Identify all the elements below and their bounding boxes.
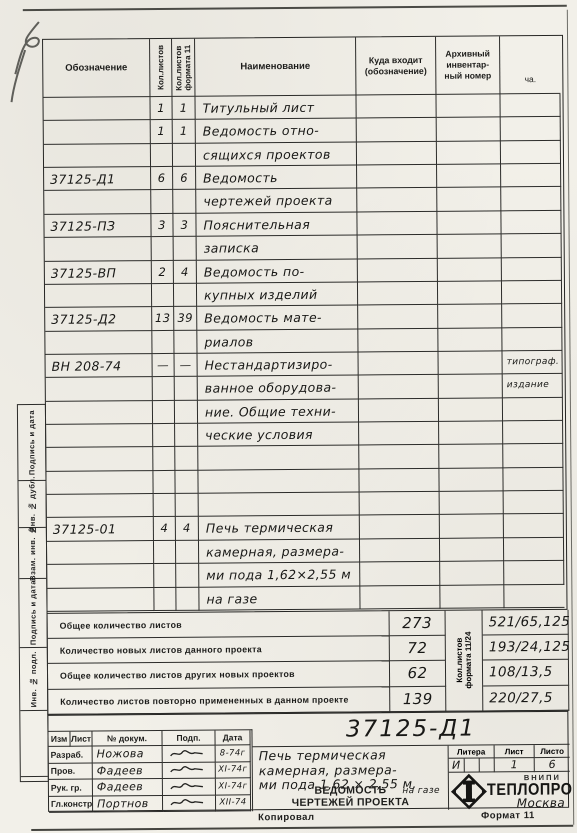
litera-value-row: И 1 6 xyxy=(449,758,570,773)
title-block: 37125-Д1 ИзмЛист№ докум.Подп.ДатаРазраб.… xyxy=(47,711,569,812)
register-row-archive xyxy=(439,398,503,422)
register-row-archive xyxy=(439,445,503,469)
register-row-included xyxy=(356,95,436,119)
register-row-sheets xyxy=(153,424,175,448)
register-row-note xyxy=(503,421,563,445)
register-row-sheets: — xyxy=(153,354,175,378)
register-row-designation xyxy=(47,494,154,518)
register-row-name: Ведомость отно- xyxy=(196,119,357,144)
register-row-included xyxy=(358,328,438,352)
sign-row-role: Пров. xyxy=(49,763,93,780)
register-row-sheets xyxy=(154,494,176,518)
register-row-name: купных изделий xyxy=(197,282,358,307)
register-row-sheets: 6 xyxy=(151,167,173,191)
register-row-included xyxy=(358,258,438,282)
organization-logo: ВНИПИ ТЕПЛОПРО Москва xyxy=(449,772,570,810)
summary-rotated-label: Кол.листов формата 11/24 xyxy=(446,610,484,711)
register-row-archive xyxy=(440,561,504,585)
listov-header: Листо xyxy=(535,745,570,758)
stamp-col-header: Дата xyxy=(215,730,250,745)
table-body: 11Титульный лист11Ведомость отно-сящихся… xyxy=(43,94,566,612)
title-block-title-cell: Печь термическая камерная, размера- ми п… xyxy=(253,746,449,812)
register-row-sheets-f11: 6 xyxy=(173,167,196,191)
register-row-included xyxy=(357,188,437,212)
register-row-sheets-f11 xyxy=(174,284,197,308)
register-row-archive xyxy=(440,538,504,562)
register-row-designation: 37125-Д1 xyxy=(44,167,151,191)
title-block-designation: 37125-Д1 xyxy=(252,712,569,747)
register-row-name: Нестандартизиро- xyxy=(198,352,359,377)
register-row-note xyxy=(504,538,564,562)
register-row-sheets-f11: 1 xyxy=(172,97,195,121)
register-row-note xyxy=(503,444,563,468)
header-designation: Обозначение xyxy=(43,39,150,98)
register-row-note xyxy=(503,398,563,422)
summary-row-fraction: 108/13,5 xyxy=(483,660,569,686)
register-row-sheets: 1 xyxy=(151,120,173,144)
register-row-archive xyxy=(440,515,504,539)
sign-row-signature xyxy=(163,762,216,779)
register-row-designation xyxy=(45,284,152,308)
register-row-archive xyxy=(438,281,502,305)
register-row-included xyxy=(359,445,439,469)
register-row-included xyxy=(360,562,440,586)
sign-row-name: Ножова xyxy=(93,746,163,763)
signature-icon xyxy=(169,780,209,792)
summary-row-fraction: 521/65,125 xyxy=(483,610,569,636)
register-row-sheets xyxy=(154,541,176,565)
register-row-sheets-f11 xyxy=(176,564,199,588)
litera-header-row: Литера Лист Листо xyxy=(449,745,570,759)
org-name-big: ТЕПЛОПРО xyxy=(487,781,569,800)
register-row-sheets: 2 xyxy=(152,260,174,284)
margin-cell: Инв. № подл. xyxy=(20,648,47,711)
signature-icon xyxy=(169,764,209,776)
summary-row-fraction: 220/27,5 xyxy=(483,685,569,711)
register-row-sheets-f11 xyxy=(174,330,197,354)
summary-row-count: 273 xyxy=(390,611,446,637)
stamp-col-header: Подп. xyxy=(162,731,215,746)
sign-row-date: XII-74 xyxy=(216,795,251,812)
register-row-note: типограф. xyxy=(502,351,562,375)
stamp-col-header: Лист xyxy=(70,732,92,747)
register-row-archive xyxy=(438,258,502,282)
summary-row-count: 62 xyxy=(390,661,446,687)
register-row-name xyxy=(198,469,359,494)
register-row-name: риалов xyxy=(197,329,358,354)
register-row-sheets xyxy=(153,401,175,425)
register-row-sheets xyxy=(153,377,175,401)
register-row-included xyxy=(358,282,438,306)
litera-header: Литера xyxy=(449,745,495,758)
signature-icon xyxy=(169,747,209,759)
register-row-sheets-f11 xyxy=(176,587,199,611)
register-row-designation xyxy=(45,237,152,261)
register-row-sheets-f11 xyxy=(175,377,198,401)
format-label: Формат 11 xyxy=(481,810,535,821)
register-row-included xyxy=(359,375,439,399)
list-header: Лист xyxy=(495,745,535,758)
margin-label: Инв. № дубл. xyxy=(27,476,36,532)
register-row-included xyxy=(358,305,438,329)
margin-label: Подпись и дата xyxy=(27,410,37,475)
register-row-sheets-f11 xyxy=(176,494,199,518)
summary-row-fraction: 193/24,125 xyxy=(483,635,569,661)
register-row-sheets xyxy=(153,471,175,495)
header-sheet-count: Кол.листов xyxy=(150,39,172,97)
title-block-signatures: ИзмЛист№ докум.Подп.ДатаРазраб.Ножова8-7… xyxy=(48,729,253,813)
register-row-designation xyxy=(43,97,150,121)
signature-icon xyxy=(169,797,209,809)
register-row-note xyxy=(501,164,561,188)
register-row-note xyxy=(501,211,561,235)
register-row-archive xyxy=(437,188,501,212)
summary-row-label: Общее количество листов других новых про… xyxy=(48,662,390,690)
title-block-right: Литера Лист Листо И 1 6 xyxy=(449,745,570,810)
register-row-sheets-f11: 39 xyxy=(174,307,197,331)
header-sheet-count-f11-label: Кол.листов формата 11 xyxy=(174,44,192,90)
register-row-sheets: 3 xyxy=(151,214,173,238)
summary-rotated-text: Кол.листов формата 11/24 xyxy=(455,632,473,689)
register-row-archive xyxy=(438,351,502,375)
header-sheet-count-f11: Кол.листов формата 11 xyxy=(172,39,195,97)
sign-row-name: Фадеев xyxy=(93,779,163,796)
register-row-name: Ведомость xyxy=(196,166,357,191)
register-row-sheets xyxy=(151,190,173,214)
register-row-archive xyxy=(438,234,502,258)
register-row-name: Ведомость мате- xyxy=(197,306,358,331)
register-row-designation: 37125-Д2 xyxy=(45,307,152,331)
register-row-designation xyxy=(44,191,151,215)
register-row-sheets-f11: 4 xyxy=(176,517,199,541)
register-row-name: ванное оборудова- xyxy=(198,376,359,401)
margin-label: Взам. инв. № xyxy=(28,525,37,581)
register-row-included xyxy=(360,515,440,539)
register-row-note xyxy=(502,327,562,351)
sign-row-role: Разраб. xyxy=(49,747,93,764)
register-row-archive xyxy=(438,305,502,329)
register-row-name: Печь термическая xyxy=(199,516,360,541)
register-row-sheets-f11 xyxy=(175,400,198,424)
register-row-sheets-f11 xyxy=(174,237,197,261)
register-row-sheets xyxy=(152,330,174,354)
register-row-note xyxy=(501,117,561,141)
register-row-note xyxy=(500,94,560,118)
register-row-note xyxy=(503,468,563,492)
register-row-included xyxy=(357,118,437,142)
register-row-sheets: 4 xyxy=(154,517,176,541)
header-archive-number: Архивный инвентар- ный номер xyxy=(436,36,500,95)
register-row-designation: 37125-ПЗ xyxy=(44,214,151,238)
register-row-included xyxy=(359,422,439,446)
register-row-sheets xyxy=(154,564,176,588)
register-row-archive xyxy=(438,328,502,352)
register-row-sheets xyxy=(151,144,173,168)
register-row-designation xyxy=(46,447,153,471)
register-row-designation: 37125-ВП xyxy=(45,261,152,285)
register-row-designation xyxy=(47,588,154,612)
scan-area: Обозначение Кол.листов Кол.листов формат… xyxy=(0,0,577,833)
register-row-included xyxy=(359,398,439,422)
stamp-col-header: Изм xyxy=(48,732,70,747)
register-row-archive xyxy=(439,468,503,492)
register-row-designation xyxy=(47,541,154,565)
sign-row-date: XI-74г xyxy=(216,762,251,779)
register-row-sheets-f11 xyxy=(175,424,198,448)
litera-value: И xyxy=(449,759,465,773)
register-row-designation xyxy=(46,471,153,495)
summary-row-count: 139 xyxy=(390,686,446,712)
summary-row-count: 72 xyxy=(390,636,446,662)
register-row-included xyxy=(358,352,438,376)
register-row-sheets: 1 xyxy=(150,97,172,121)
register-row-designation xyxy=(45,331,152,355)
sign-row-date: 8-74г xyxy=(216,745,251,762)
register-row-archive xyxy=(437,118,501,142)
register-row-sheets-f11: 4 xyxy=(174,260,197,284)
sign-row-date: XI-74г xyxy=(216,778,251,795)
register-row-name: сящихся проектов xyxy=(196,142,357,167)
litera-empty-2 xyxy=(480,758,495,772)
register-row-archive xyxy=(439,421,503,445)
document-register-table: Обозначение Кол.листов Кол.листов формат… xyxy=(42,35,567,614)
sign-row-name: Портнов xyxy=(93,795,163,812)
listov-value: 6 xyxy=(535,758,570,772)
register-row-name xyxy=(199,493,360,518)
register-row-sheets xyxy=(154,587,176,611)
register-row-note xyxy=(501,141,561,165)
scanned-document-page: Обозначение Кол.листов Кол.листов формат… xyxy=(0,0,577,833)
register-row-name: камерная, размера- xyxy=(199,539,360,564)
register-row-included xyxy=(357,212,437,236)
document-type-label: ВЕДОМОСТЬ ЧЕРТЕЖЕЙ ПРОЕКТА xyxy=(253,785,448,810)
register-row-note xyxy=(502,234,562,258)
register-row-note xyxy=(504,584,564,608)
sign-row-signature xyxy=(163,746,216,763)
register-row-archive xyxy=(440,585,504,609)
register-row-archive xyxy=(436,94,500,118)
margin-cell: Подпись и дата xyxy=(18,405,46,481)
register-row-sheets-f11 xyxy=(173,143,196,167)
register-row-name: записка xyxy=(197,236,358,261)
summary-row-label: Количество листов повторно примененных в… xyxy=(48,687,390,715)
register-row-included xyxy=(360,492,440,516)
register-row-sheets-f11: 3 xyxy=(173,214,196,238)
header-included-in: Куда входит (обозначение) xyxy=(356,37,436,96)
register-row-name: Титульный лист xyxy=(195,95,356,120)
register-row-designation xyxy=(44,144,151,168)
register-row-sheets-f11 xyxy=(175,470,198,494)
header-note: ча. xyxy=(500,36,560,94)
register-row-included xyxy=(360,539,440,563)
sign-row-role: Рук. гр. xyxy=(49,780,93,797)
register-row-designation xyxy=(47,564,154,588)
margin-cell: Инв. № дубл. xyxy=(18,481,45,528)
register-row-designation: ВН 208-74 xyxy=(46,354,153,378)
header-sheet-count-label: Кол.листов xyxy=(156,45,165,90)
register-row-designation xyxy=(46,424,153,448)
register-row-sheets-f11 xyxy=(173,190,196,214)
register-row-included xyxy=(359,469,439,493)
sign-row-signature xyxy=(163,779,216,796)
register-row-sheets-f11 xyxy=(176,541,199,565)
register-row-name: Ведомость по- xyxy=(197,259,358,284)
register-row-note xyxy=(501,187,561,211)
kopiroval-label: Копировал xyxy=(258,812,314,823)
register-row-name: на газе xyxy=(199,586,360,611)
margin-cell: Подпись и дата xyxy=(19,579,47,648)
register-row-note: издание xyxy=(503,374,563,398)
page-top-edge-line xyxy=(23,5,567,11)
register-row-name: ческие условия xyxy=(198,422,359,447)
sign-row-signature xyxy=(163,795,216,812)
list-value: 1 xyxy=(495,758,535,772)
register-row-designation xyxy=(46,377,153,401)
register-row-archive xyxy=(439,375,503,399)
register-row-note xyxy=(504,491,564,515)
register-row-sheets-f11: — xyxy=(175,354,198,378)
register-row-archive xyxy=(437,141,501,165)
sign-row-name: Фадеев xyxy=(93,762,163,779)
register-row-designation: 37125-01 xyxy=(47,518,154,542)
summary-row-label: Общее количество листов xyxy=(48,611,390,639)
register-row-sheets xyxy=(152,284,174,308)
teploproekt-emblem-icon xyxy=(451,773,487,809)
margin-label: Подпись и дата xyxy=(28,580,38,645)
table-header-row: Обозначение Кол.листов Кол.листов формат… xyxy=(43,36,562,98)
stamp-col-header: № докум. xyxy=(92,731,162,747)
margin-strip: Подпись и датаИнв. № дубл.Взам. инв. №По… xyxy=(17,404,49,782)
register-row-sheets-f11: 1 xyxy=(173,120,196,144)
register-row-included xyxy=(360,585,440,609)
register-row-sheets: 13 xyxy=(152,307,174,331)
register-row-name: Пояснительная xyxy=(196,212,357,237)
register-row-included xyxy=(357,142,437,166)
register-row-sheets xyxy=(152,237,174,261)
register-row-name: ми пода 1,62×2,55 м xyxy=(199,563,360,588)
litera-empty-1 xyxy=(465,759,480,773)
register-row-name: чертежей проекта xyxy=(196,189,357,214)
bottom-rule xyxy=(31,825,573,831)
register-row-included xyxy=(357,165,437,189)
register-row-note xyxy=(504,561,564,585)
register-row-note xyxy=(504,514,564,538)
register-row-note xyxy=(502,257,562,281)
margin-cell: Взам. инв. № xyxy=(19,528,46,579)
summary-section: Общее количество листов273521/65,125Коли… xyxy=(47,610,569,715)
register-row-sheets xyxy=(153,447,175,471)
sign-row-role: Гл.констр. xyxy=(49,796,93,813)
margin-label: Инв. № подл. xyxy=(29,651,38,707)
register-row-name: ние. Общие техни- xyxy=(198,399,359,424)
header-name: Наименование xyxy=(195,37,356,96)
register-row-archive xyxy=(437,211,501,235)
register-row-designation xyxy=(46,401,153,425)
margin-cell-empty xyxy=(20,711,48,777)
register-row-archive xyxy=(437,164,501,188)
register-row-designation xyxy=(44,120,151,144)
register-row-name xyxy=(198,446,359,471)
register-row-included xyxy=(358,235,438,259)
register-row-note xyxy=(502,281,562,305)
summary-row-label: Количество новых листов данного проекта xyxy=(48,636,390,664)
register-row-archive xyxy=(440,491,504,515)
register-row-note xyxy=(502,304,562,328)
register-row-sheets-f11 xyxy=(175,447,198,471)
